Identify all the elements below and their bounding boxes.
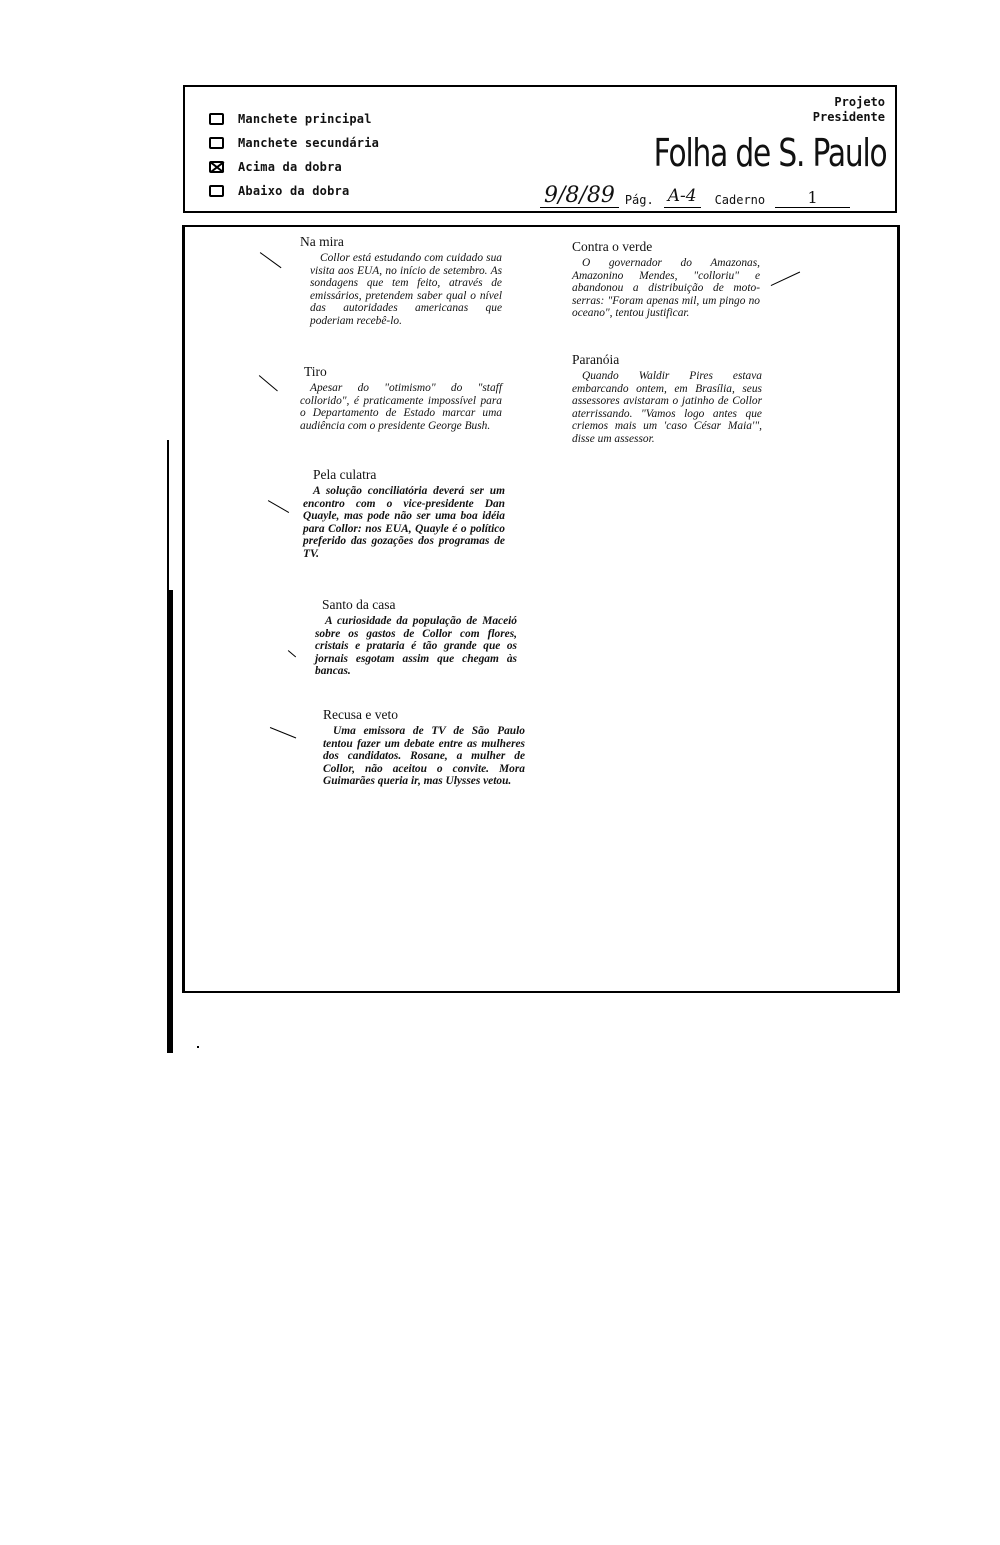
placement-checklist: Manchete principal Manchete secundária A…: [209, 107, 379, 203]
clipping-meta: 9/8/89 Pág. A-4 Caderno 1: [540, 185, 850, 208]
checkbox-manchete-secundaria[interactable]: [209, 137, 224, 149]
note-title: Santo da casa: [315, 597, 517, 613]
note-title: Tiro: [300, 364, 502, 380]
check-row-abaixo-da-dobra: Abaixo da dobra: [209, 179, 379, 203]
note-body: Uma emissora de TV de São Paulo tentou f…: [323, 725, 525, 788]
note-title: Na mira: [300, 234, 502, 250]
scan-margin-bar: [167, 440, 169, 590]
note-paranoia: Paranóia Quando Waldir Pires estava emba…: [572, 352, 762, 446]
checkbox-acima-da-dobra[interactable]: [209, 161, 224, 173]
note-body: A curiosidade da população de Maceió sob…: [315, 615, 517, 678]
checkbox-manchete-principal[interactable]: [209, 113, 224, 125]
check-label: Abaixo da dobra: [238, 184, 349, 198]
note-body: Quando Waldir Pires estava embarcando on…: [572, 370, 762, 446]
check-label: Manchete secundária: [238, 136, 379, 150]
check-label: Manchete principal: [238, 112, 372, 126]
scan-speck: [197, 1046, 199, 1048]
newspaper-title: Folha de S. Paulo: [654, 131, 887, 175]
clipping-body: [182, 225, 900, 993]
note-santo-da-casa: Santo da casa A curiosidade da população…: [315, 597, 517, 678]
section-label: Caderno: [715, 193, 766, 207]
note-title: Pela culatra: [303, 467, 505, 483]
note-title: Contra o verde: [572, 239, 760, 255]
scan-margin-bar: [167, 590, 173, 1053]
note-body: O governador do Amazonas, Amazonino Mend…: [572, 257, 760, 320]
note-title: Recusa e veto: [323, 707, 525, 723]
note-contra-o-verde: Contra o verde O governador do Amazonas,…: [572, 239, 760, 320]
note-title: Paranóia: [572, 352, 762, 368]
check-row-manchete-secundaria: Manchete secundária: [209, 131, 379, 155]
project-line-1: Projeto: [813, 95, 885, 110]
note-body: Collor está estudando com cuidado sua vi…: [300, 252, 502, 328]
check-row-manchete-principal: Manchete principal: [209, 107, 379, 131]
project-line-2: Presidente: [813, 110, 885, 125]
page-label: Pág.: [625, 193, 654, 207]
section-value: 1: [775, 188, 850, 208]
check-label: Acima da dobra: [238, 160, 342, 174]
note-tiro: Tiro Apesar do "otimismo" do "staff coll…: [300, 364, 502, 432]
page-value: A-4: [664, 185, 701, 208]
check-row-acima-da-dobra: Acima da dobra: [209, 155, 379, 179]
note-pela-culatra: Pela culatra A solução conciliatória dev…: [303, 467, 505, 561]
clipping-header: Manchete principal Manchete secundária A…: [183, 85, 897, 213]
checkbox-abaixo-da-dobra[interactable]: [209, 185, 224, 197]
project-label: Projeto Presidente: [813, 95, 885, 125]
note-body: A solução conciliatória deverá ser um en…: [303, 485, 505, 561]
note-recusa-e-veto: Recusa e veto Uma emissora de TV de São …: [323, 707, 525, 788]
note-body: Apesar do "otimismo" do "staff collorido…: [300, 382, 502, 432]
note-na-mira: Na mira Collor está estudando com cuidad…: [300, 234, 502, 328]
date-value: 9/8/89: [540, 185, 619, 208]
